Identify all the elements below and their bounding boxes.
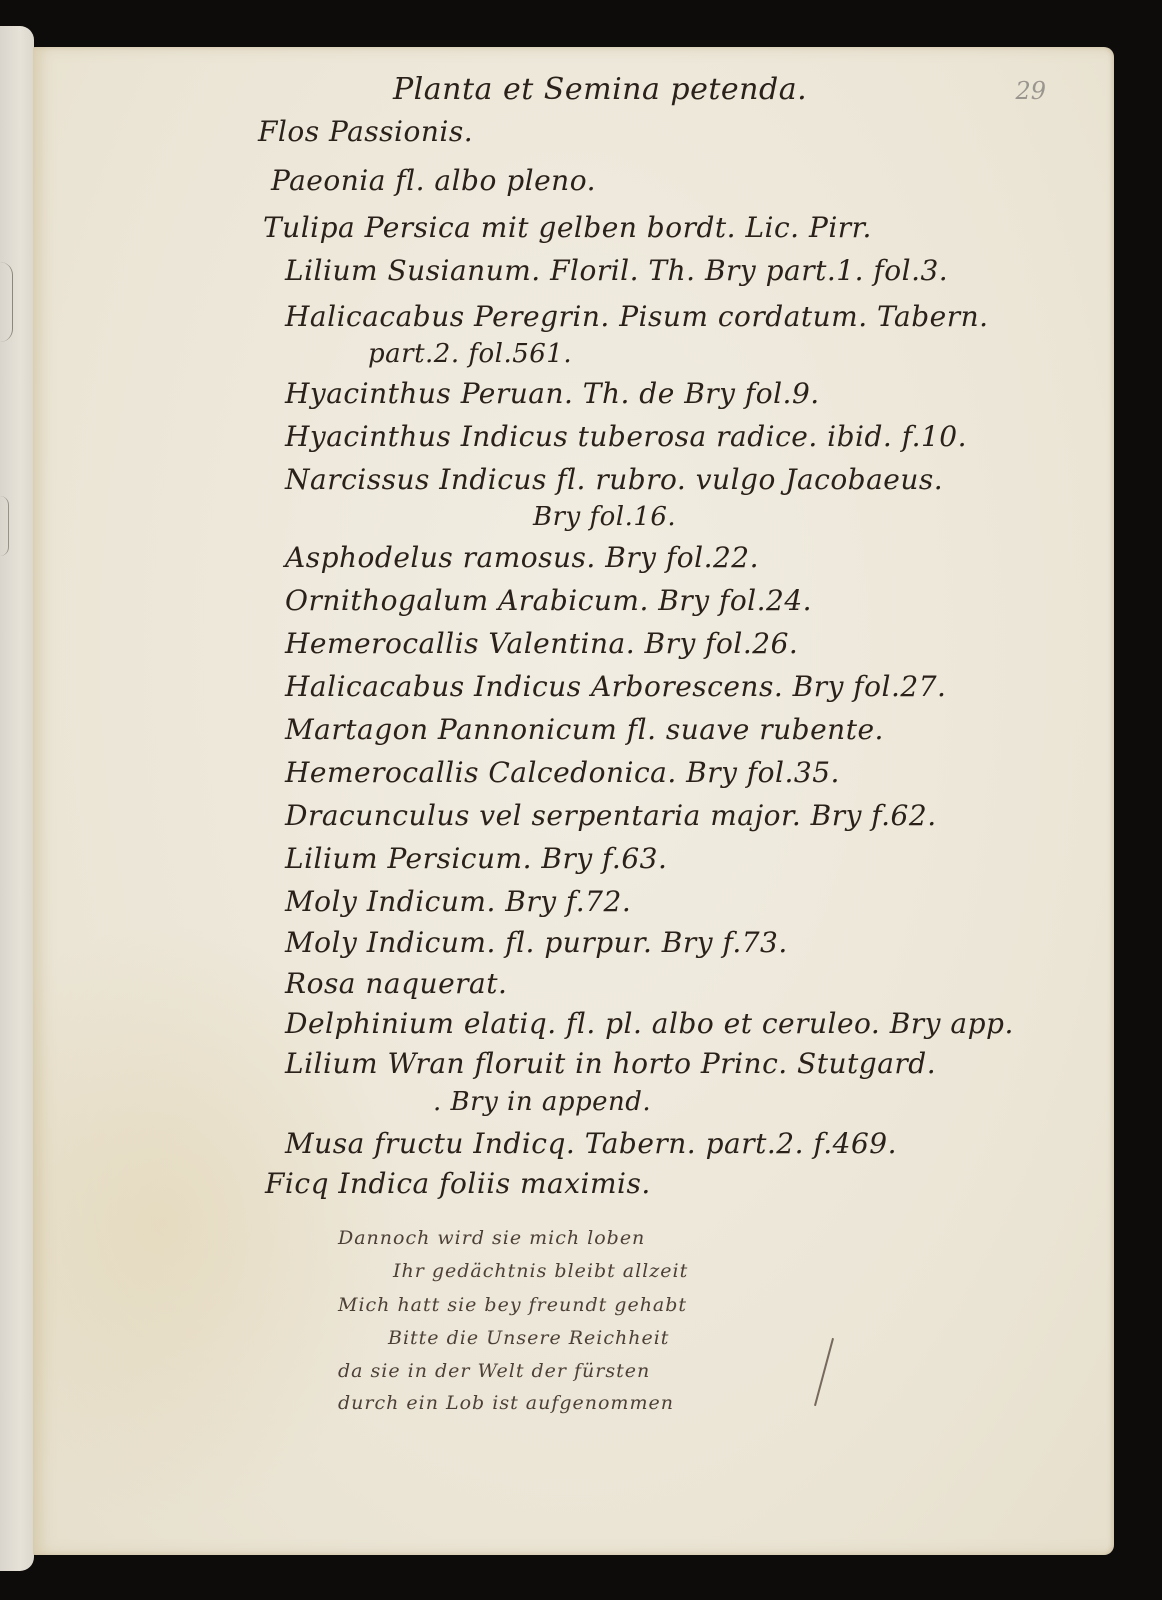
- pen-flourish: [814, 1338, 834, 1406]
- facing-page-sketch-mark: [0, 496, 9, 556]
- entry-line: Ficq Indica foliis maximis.: [265, 1167, 651, 1200]
- entry-continuation: . Bry in append.: [433, 1087, 651, 1117]
- entry-line: Hyacinthus Peruan. Th. de Bry fol.9.: [285, 377, 820, 410]
- entry-line: Halicacabus Indicus Arborescens. Bry fol…: [285, 670, 946, 703]
- entry-line: Musa fructu Indicq. Tabern. part.2. f.46…: [285, 1127, 897, 1160]
- entry-line: Rosa naquerat.: [285, 967, 507, 1000]
- entry-line: Moly Indicum. Bry f.72.: [285, 885, 631, 918]
- entry-line: Narcissus Indicus fl. rubro. vulgo Jacob…: [285, 463, 943, 496]
- entry-line: Hyacinthus Indicus tuberosa radice. ibid…: [285, 420, 967, 453]
- note-line: da sie in der Welt der fürsten: [338, 1360, 650, 1382]
- entry-line: Asphodelus ramosus. Bry fol.22.: [285, 541, 759, 574]
- entry-line: Lilium Wran floruit in horto Princ. Stut…: [285, 1047, 936, 1080]
- entry-line: Moly Indicum. fl. purpur. Bry f.73.: [285, 926, 788, 959]
- entry-line: Flos Passionis.: [258, 115, 473, 148]
- entry-line: Lilium Susianum. Floril. Th. Bry part.1.…: [285, 254, 948, 287]
- entry-line: Tulipa Persica mit gelben bordt. Lic. Pi…: [263, 211, 872, 244]
- note-line: Ihr gedächtnis bleibt allzeit: [393, 1260, 688, 1282]
- manuscript-scan: 29 Planta et Semina petenda. Flos Passio…: [0, 0, 1162, 1600]
- note-line: Bitte die Unsere Reichheit: [388, 1327, 669, 1349]
- entry-line: Ornithogalum Arabicum. Bry fol.24.: [285, 584, 812, 617]
- folio-number: 29: [1015, 77, 1046, 105]
- entry-continuation: Bry fol.16.: [533, 502, 676, 532]
- entry-line: Martagon Pannonicum fl. suave rubente.: [285, 713, 884, 746]
- entry-line: Paeonia fl. albo pleno.: [271, 164, 596, 197]
- page-title: Planta et Semina petenda.: [393, 72, 807, 107]
- note-line: Mich hatt sie bey freundt gehabt: [338, 1294, 687, 1316]
- note-line: durch ein Lob ist aufgenommen: [338, 1392, 674, 1414]
- manuscript-page: 29 Planta et Semina petenda. Flos Passio…: [33, 47, 1114, 1555]
- entry-line: Halicacabus Peregrin. Pisum cordatum. Ta…: [285, 300, 989, 333]
- entry-line: Dracunculus vel serpentaria major. Bry f…: [285, 799, 937, 832]
- facing-page-edge: [0, 26, 34, 1571]
- entry-line: Delphinium elatiq. fl. pl. albo et cerul…: [285, 1007, 1014, 1040]
- entry-continuation: part.2. fol.561.: [368, 339, 572, 369]
- note-line: Dannoch wird sie mich loben: [338, 1227, 645, 1249]
- entry-line: Lilium Persicum. Bry f.63.: [285, 842, 667, 875]
- entry-line: Hemerocallis Calcedonica. Bry fol.35.: [285, 756, 840, 789]
- entry-line: Hemerocallis Valentina. Bry fol.26.: [285, 627, 798, 660]
- facing-page-sketch-mark: [0, 262, 13, 342]
